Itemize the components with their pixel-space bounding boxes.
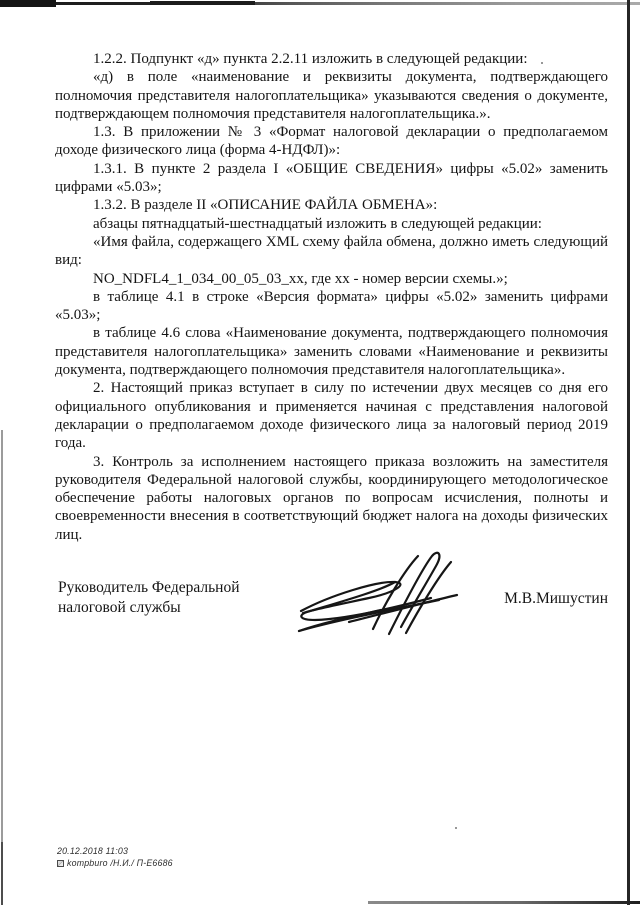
scan-edge-right (627, 0, 630, 905)
signer-name: М.В.Мишустин (450, 590, 608, 608)
paragraph: абзацы пятнадцатый-шестнадцатый изложить… (55, 215, 608, 233)
scan-edge-left-dark (1, 842, 3, 905)
paragraph: «д) в поле «наименование и реквизиты док… (55, 68, 608, 123)
scan-edge-top (0, 2, 640, 5)
paragraph: 1.2.2. Подпункт «д» пункта 2.2.11 изложи… (55, 50, 608, 68)
footer-stamp-text: kompburo /Н.И./ П-Е6686 (67, 858, 173, 870)
paragraph: 3. Контроль за исполнением настоящего пр… (55, 453, 608, 544)
scan-artifact-top-segment (150, 1, 255, 5)
signature-image (285, 549, 461, 639)
document-body: 1.2.2. Подпункт «д» пункта 2.2.11 изложи… (55, 50, 608, 544)
scan-edge-left (1, 430, 3, 905)
stamp-icon (57, 860, 64, 867)
paragraph: 2. Настоящий приказ вступает в силу по и… (55, 379, 608, 452)
paragraph: 1.3.2. В разделе II «ОПИСАНИЕ ФАЙЛА ОБМЕ… (55, 196, 608, 214)
paragraph: в таблице 4.6 слова «Наименование докуме… (55, 324, 608, 379)
scan-artifact-top-left (0, 0, 56, 7)
scan-speck (455, 827, 457, 829)
footer-stamp: 20.12.2018 11:03 kompburo /Н.И./ П-Е6686 (57, 846, 173, 869)
scan-edge-bottom (368, 901, 640, 904)
paragraph: «Имя файла, содержащего XML схему файла … (55, 233, 608, 270)
signer-position-title: Руководитель Федеральной налоговой служб… (58, 578, 268, 617)
scanned-document-page: { "page": { "background": "#ffffff", "in… (0, 0, 640, 905)
paragraph: 1.3.1. В пункте 2 раздела I «ОБЩИЕ СВЕДЕ… (55, 160, 608, 197)
signer-position-line1: Руководитель Федеральной (58, 578, 268, 598)
paragraph: NO_NDFL4_1_034_00_05_03_xx, где xx - ном… (55, 270, 608, 288)
paragraph: 1.3. В приложении № 3 «Формат налоговой … (55, 123, 608, 160)
paragraph: в таблице 4.1 в строке «Версия формата» … (55, 288, 608, 325)
footer-timestamp: 20.12.2018 11:03 (57, 846, 173, 858)
signer-position-line2: налоговой службы (58, 598, 268, 618)
